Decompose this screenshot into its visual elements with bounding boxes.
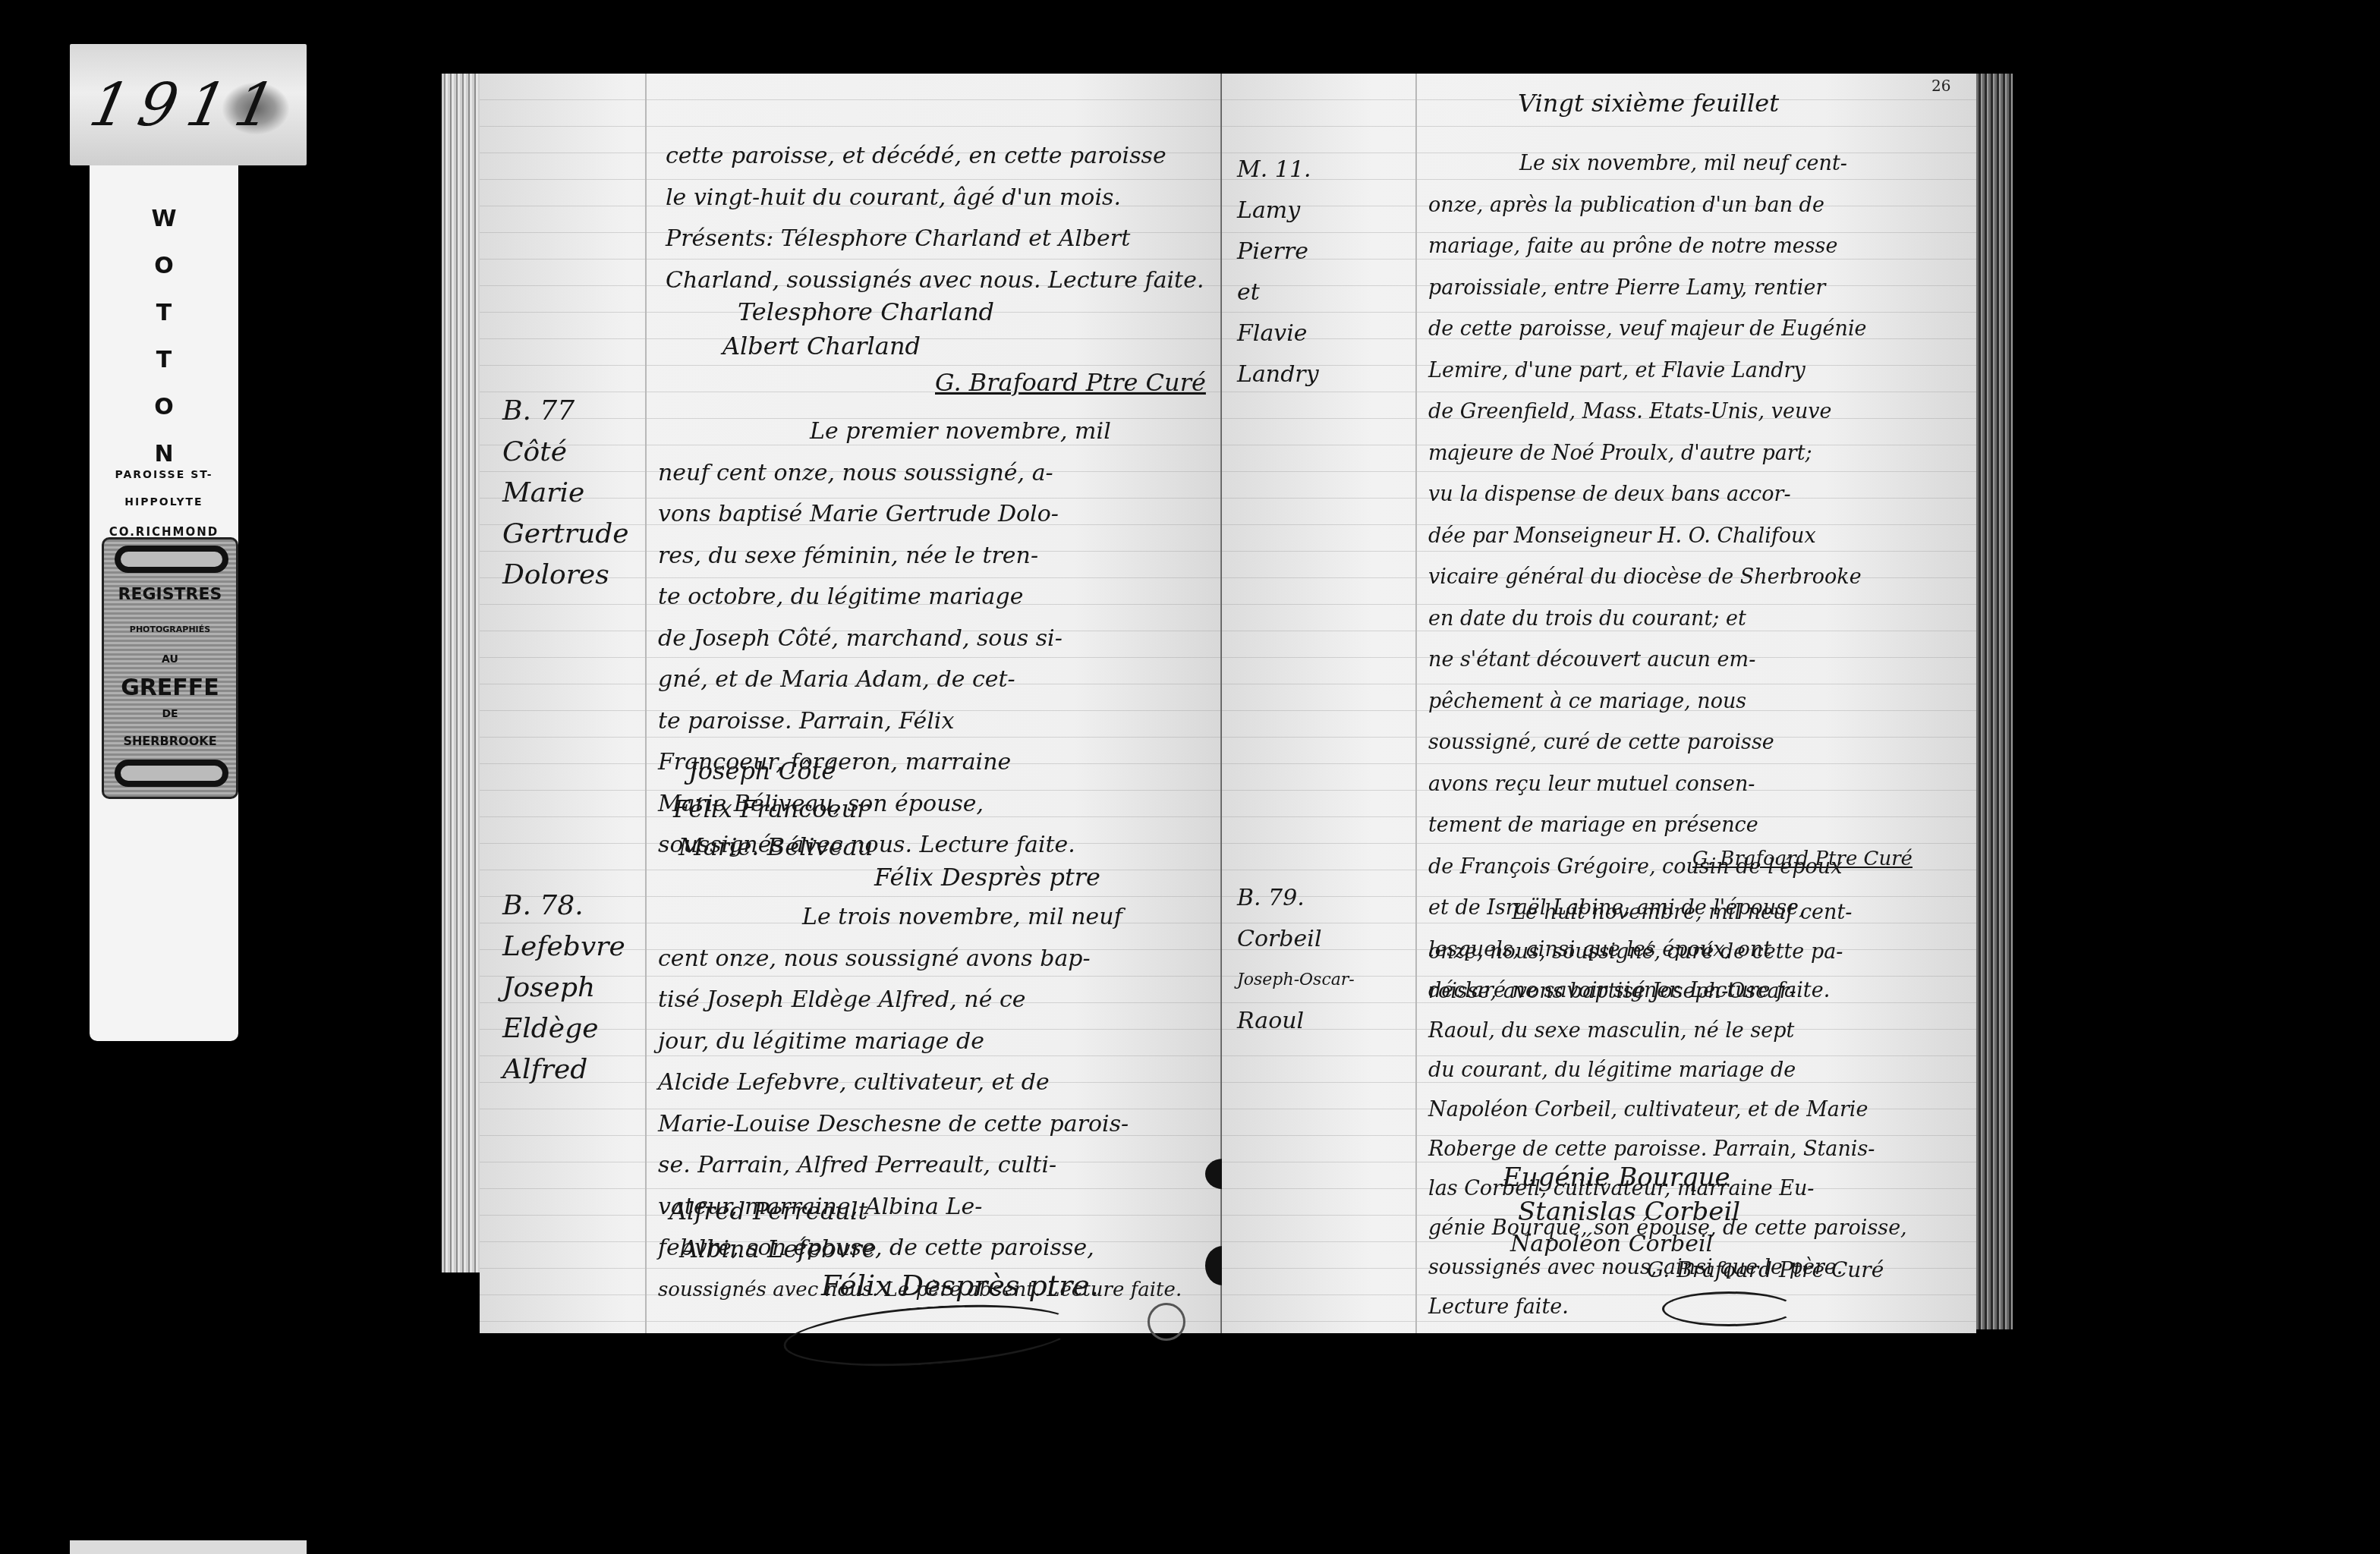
parish-letter: T <box>156 337 172 384</box>
stamp-text: AU <box>104 653 236 665</box>
text-line: res, du sexe féminin, née le tren- <box>658 536 1111 577</box>
margin-name: Alfred <box>502 1049 625 1090</box>
parish-letter: W <box>151 196 176 243</box>
text-line: vicaire général du diocèse de Sherbrooke <box>1428 557 1867 599</box>
flourish-loop <box>1147 1303 1185 1341</box>
margin-rule <box>1415 74 1417 1333</box>
text-line: Lemire, d'une part, et Flavie Landry <box>1428 351 1867 392</box>
text-line: Le trois novembre, mil neuf <box>658 897 1182 939</box>
text-line: de Joseph Côté, marchand, sous si- <box>658 618 1111 660</box>
signature: Stanislas Corbeil <box>1518 1197 1740 1227</box>
parish-label-strip: W O T T O N PAROISSE ST- HIPPOLYTE CO.RI… <box>90 165 238 1041</box>
text-line: paroissiale, entre Pierre Lamy, rentier <box>1428 268 1867 310</box>
signature: Joseph Côté <box>688 757 836 785</box>
entry-margin-note: M. 11. Lamy Pierre et Flavie Landry <box>1237 149 1319 395</box>
text-line: avons reçu leur mutuel consen- <box>1428 764 1867 806</box>
priest-signature: G. Brafoard Ptre Curé <box>1692 848 1912 870</box>
stamp-text: PHOTOGRAPHIÉS <box>104 624 236 634</box>
text-line: gné, et de Maria Adam, de cet- <box>658 659 1111 701</box>
marriage-entry-m11: Le six novembre, mil neuf cent- onze, ap… <box>1428 143 1867 1012</box>
register-year: 1911 <box>83 71 291 140</box>
text-line: ne s'étant découvert aucun em- <box>1428 640 1867 681</box>
right-page: Vingt sixième feuillet 26 M. 11. Lamy Pi… <box>1222 74 1976 1333</box>
text-line: Marie-Louise Deschesne de cette parois- <box>658 1104 1182 1146</box>
stamp-text: SHERBROOKE <box>104 734 236 748</box>
entry-number: M. 11. <box>1237 149 1319 190</box>
margin-name: Flavie <box>1237 313 1319 354</box>
signature: Albert Charland <box>722 332 921 360</box>
entry-margin-note: B. 77 Côté Marie Gertrude Dolores <box>502 391 628 596</box>
text-line: roisse, avons baptisé Joseph-Oscar- <box>1428 972 1907 1011</box>
stamp-frame-bottom <box>115 760 228 787</box>
year-tab: 1911 <box>70 44 307 165</box>
margin-surname: Corbeil <box>1237 919 1355 960</box>
text-line: Charland, soussignés avec nous. Lecture … <box>666 260 1204 302</box>
signature: Albina Lefebvre <box>681 1235 877 1263</box>
stamp-text: GREFFE <box>104 675 236 701</box>
signature: Félix Francoeur <box>673 794 868 823</box>
priest-signature: G. Brafoard Ptre Curé <box>935 368 1206 397</box>
margin-name: Dolores <box>502 555 628 596</box>
margin-name: Pierre <box>1237 231 1319 272</box>
archive-stamp: REGISTRES PHOTOGRAPHIÉS AU GREFFE DE SHE… <box>102 537 238 799</box>
stamp-text: REGISTRES <box>104 585 236 604</box>
page-edges-right <box>1976 74 2013 1329</box>
text-line: Le huit novembre, mil neuf cent- <box>1428 893 1907 933</box>
text-line: te paroisse. Parrain, Félix <box>658 701 1111 743</box>
text-line: pêchement à ce mariage, nous <box>1428 681 1867 723</box>
text-line: cent onze, nous soussigné avons bap- <box>658 939 1182 980</box>
parish-line: HIPPOLYTE <box>90 496 238 508</box>
text-line: neuf cent onze, nous soussigné, a- <box>658 453 1111 495</box>
text-line: Le premier novembre, mil <box>658 411 1111 453</box>
text-line: onze, nous, soussigné, curé de cette pa- <box>1428 933 1907 972</box>
text-line: Alcide Lefebvre, cultivateur, et de <box>658 1062 1182 1104</box>
text-line: du courant, du légitime mariage de <box>1428 1051 1907 1090</box>
margin-surname: Lefebvre <box>502 926 625 967</box>
margin-rule <box>645 74 647 1333</box>
margin-name: et <box>1237 272 1319 313</box>
continuation-entry: cette paroisse, et décédé, en cette paro… <box>666 136 1204 301</box>
margin-name: Gertrude <box>502 514 628 555</box>
text-line: de Greenfield, Mass. Etats-Unis, veuve <box>1428 392 1867 433</box>
entry-margin-note: B. 79. Corbeil Joseph-Oscar- Raoul <box>1237 878 1355 1042</box>
page-edges-left <box>442 74 480 1272</box>
entry-margin-note: B. 78. Lefebvre Joseph Eldège Alfred <box>502 886 625 1090</box>
margin-name: Eldège <box>502 1008 625 1049</box>
text-line: tisé Joseph Eldège Alfred, né ce <box>658 980 1182 1021</box>
text-line: Présents: Télesphore Charland et Albert <box>666 219 1204 260</box>
signature: Alfred Perreault <box>669 1197 867 1225</box>
entry-number: B. 78. <box>502 886 625 926</box>
text-line: de cette paroisse, veuf majeur de Eugéni… <box>1428 309 1867 351</box>
text-line: soussigné, curé de cette paroisse <box>1428 722 1867 764</box>
signature: Marie. Béliveau <box>678 832 873 861</box>
text-line: jour, du légitime mariage de <box>658 1021 1182 1063</box>
register-book: cette paroisse, et décédé, en cette paro… <box>442 74 2013 1332</box>
parish-letter: O <box>154 384 174 431</box>
text-line: onze, après la publication d'un ban de <box>1428 185 1867 227</box>
margin-name: Lamy <box>1237 190 1319 231</box>
margin-name: Landry <box>1237 354 1319 395</box>
closing-flourish <box>1662 1291 1796 1326</box>
parish-name: W O T T O N <box>90 196 238 478</box>
parish-line: PAROISSE ST- <box>90 469 238 481</box>
text-line: te octobre, du légitime mariage <box>658 577 1111 618</box>
text-line: en date du trois du courant; et <box>1428 599 1867 640</box>
parish-letter: T <box>156 290 172 337</box>
text-line: majeure de Noé Proulx, d'autre part; <box>1428 433 1867 475</box>
left-page: cette paroisse, et décédé, en cette paro… <box>480 74 1222 1333</box>
stamp-text: DE <box>104 708 236 720</box>
signature: Eugénie Bourque <box>1503 1162 1730 1193</box>
text-line: se. Parrain, Alfred Perreault, culti- <box>658 1145 1182 1187</box>
margin-name: Raoul <box>1237 1001 1355 1042</box>
margin-name: Joseph-Oscar- <box>1237 960 1355 1001</box>
text-line: Raoul, du sexe masculin, né le sept <box>1428 1011 1907 1051</box>
text-line: tement de mariage en présence <box>1428 805 1867 847</box>
text-line: Napoléon Corbeil, cultivateur, et de Mar… <box>1428 1090 1907 1130</box>
priest-signature: Félix Desprès ptre <box>874 863 1100 892</box>
parish-letter: O <box>154 243 174 290</box>
text-line: le vingt-huit du courant, âgé d'un mois. <box>666 178 1204 219</box>
text-line: mariage, faite au prône de notre messe <box>1428 226 1867 268</box>
priest-signature: Félix Desprès ptre. <box>821 1269 1099 1302</box>
page-number: 26 <box>1931 77 1950 95</box>
signature: Telesphore Charland <box>738 297 994 326</box>
entry-number: B. 79. <box>1237 878 1355 919</box>
text-line: vu la dispense de deux bans accor- <box>1428 474 1867 516</box>
text-line: cette paroisse, et décédé, en cette paro… <box>666 136 1204 178</box>
text-line: dée par Monseigneur H. O. Chalifoux <box>1428 516 1867 558</box>
text-line: Le six novembre, mil neuf cent- <box>1428 143 1867 185</box>
priest-signature: G. Brafoard Ptre Curé <box>1647 1257 1884 1282</box>
folio-heading: Vingt sixième feuillet <box>1518 89 1779 118</box>
margin-name: Joseph <box>502 967 625 1008</box>
text-line: vons baptisé Marie Gertrude Dolo- <box>658 494 1111 536</box>
margin-surname: Côté <box>502 432 628 473</box>
entry-number: B. 77 <box>502 391 628 432</box>
signature: Napoléon Corbeil <box>1510 1231 1713 1257</box>
next-label-strip <box>70 1540 307 1554</box>
margin-name: Marie <box>502 473 628 514</box>
stamp-frame-top <box>115 546 228 573</box>
